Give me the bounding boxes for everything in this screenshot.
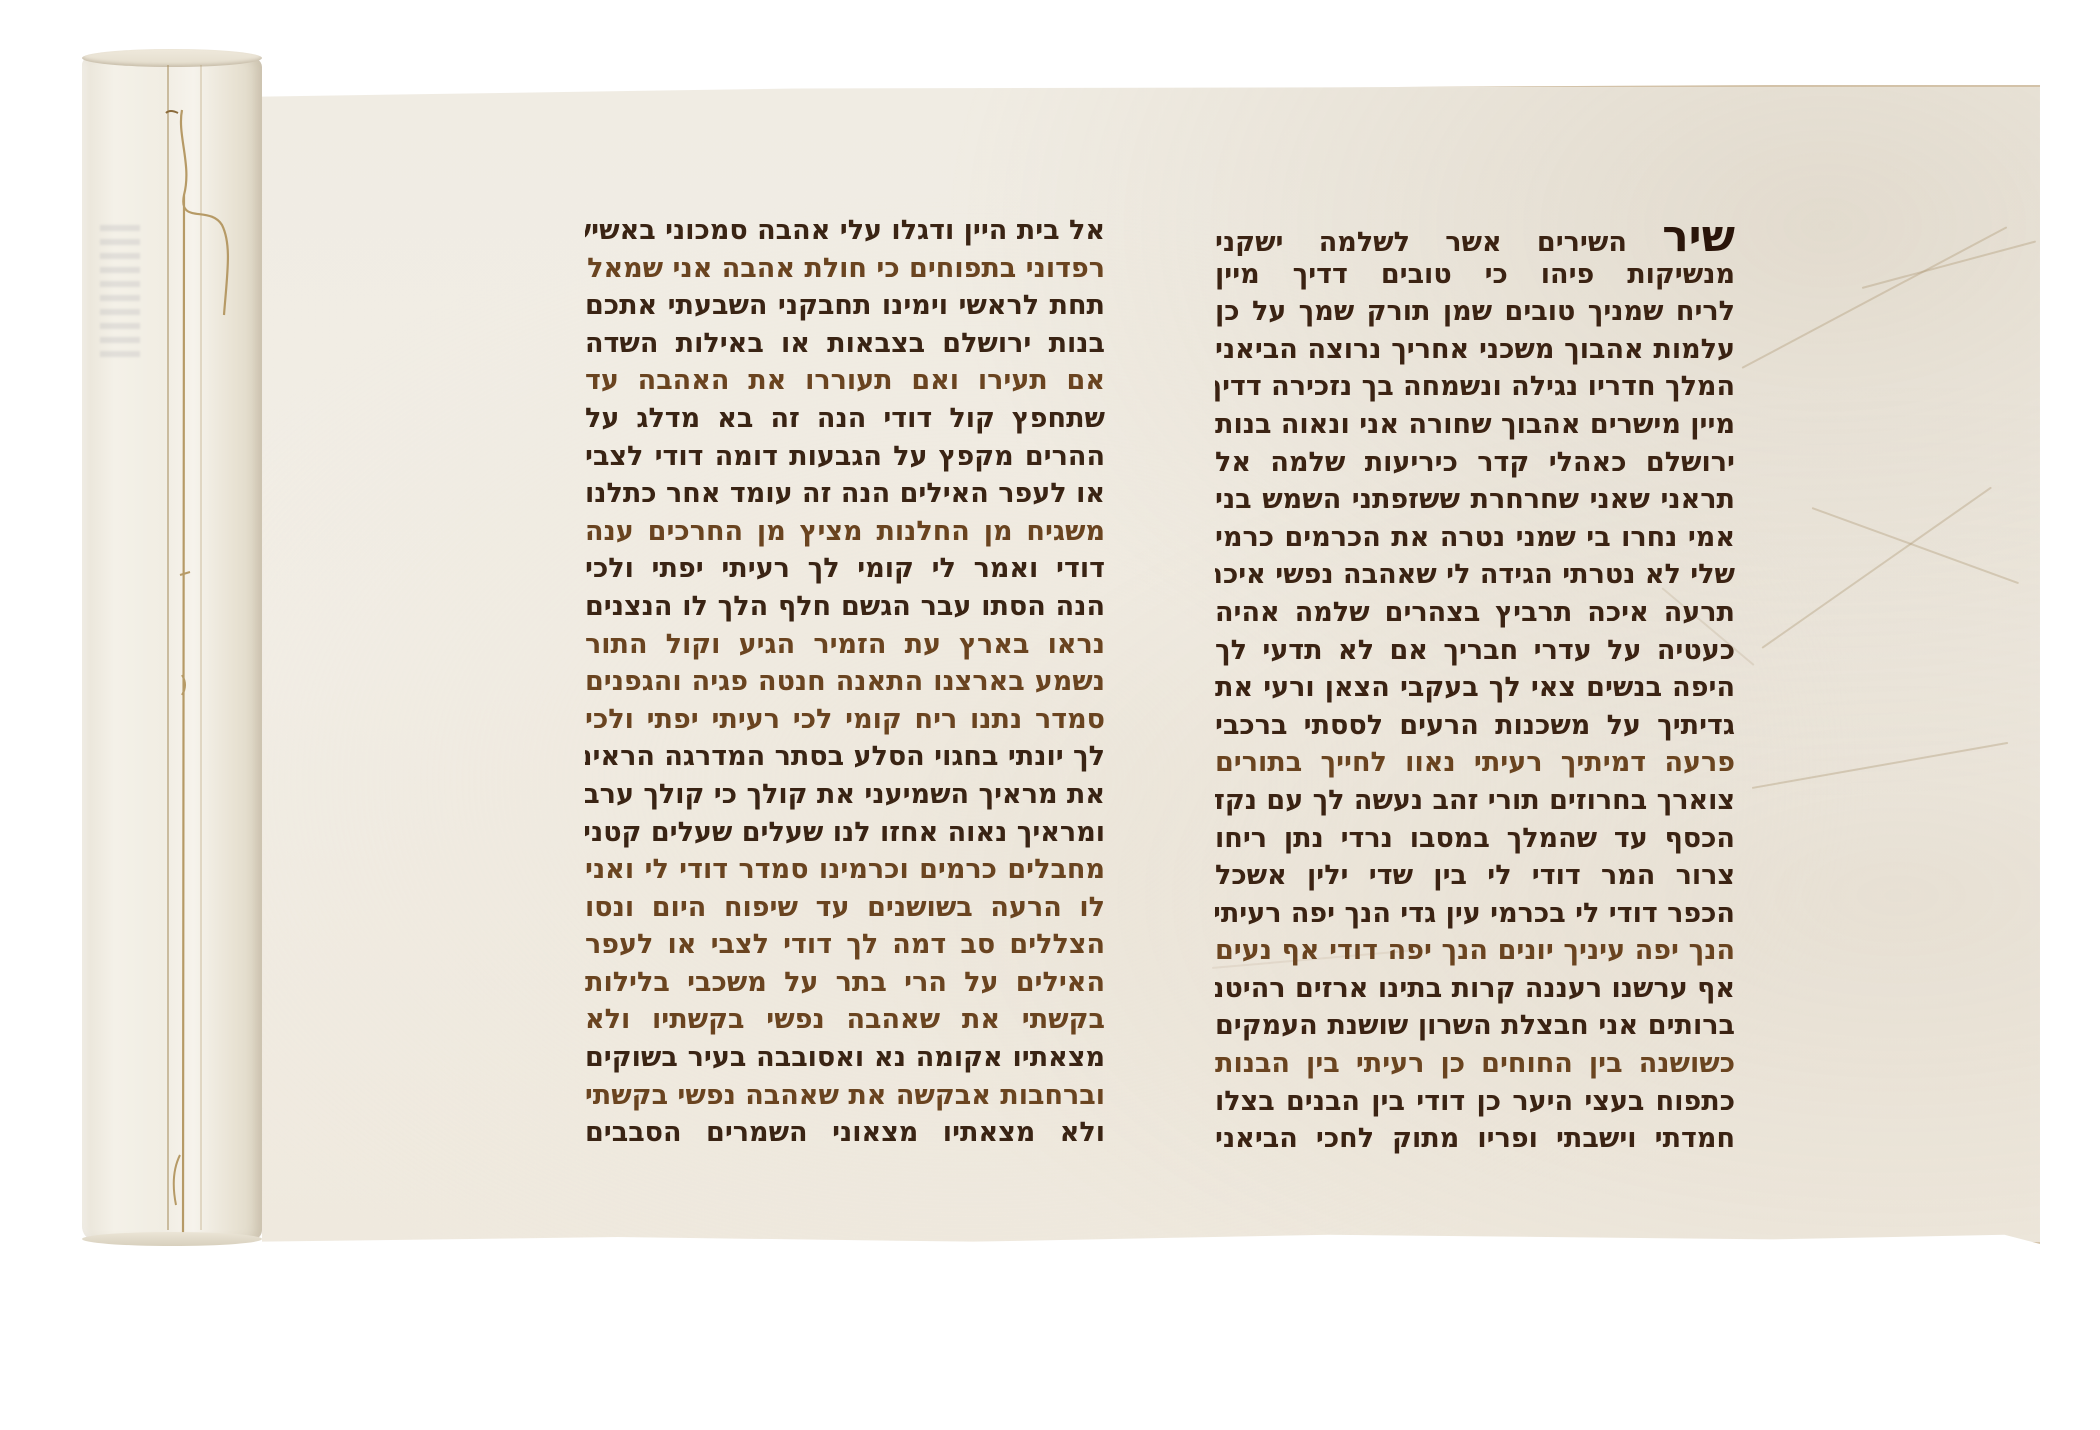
text-line: הכסף עד שהמלך במסבו נרדי נתן ריחו	[1215, 820, 1735, 858]
text-line: נראו בארץ עת הזמיר הגיע וקול התור	[585, 626, 1105, 664]
text-line: אמי נחרו בי שמני נטרה את הכרמים כרמי	[1215, 519, 1735, 557]
text-line: תראני שאני שחרחרת ששזפתני השמש בני	[1215, 481, 1735, 519]
text-line: פרעה דמיתיך רעיתי נאוו לחייך בתורים	[1215, 744, 1735, 782]
text-line: כשושנה בין החוחים כן רעיתי בין הבנות	[1215, 1045, 1735, 1083]
text-line: צרור המר דודי לי בין שדי ילין אשכל	[1215, 857, 1735, 895]
text-line: בקשתי את שאהבה נפשי בקשתיו ולא	[585, 1001, 1105, 1039]
text-line: תחת לראשי וימינו תחבקני השבעתי אתכם	[585, 287, 1105, 325]
text-line: את מראיך השמיעני את קולך כי קולך ערב	[585, 776, 1105, 814]
text-line: מחבלים כרמים וכרמינו סמדר דודי לי ואני	[585, 851, 1105, 889]
text-line: וברחבות אבקשה את שאהבה נפשי בקשתיו	[585, 1077, 1105, 1115]
text-line: צוארך בחרוזים תורי זהב נעשה לך עם נקדות	[1215, 782, 1735, 820]
text-line: הכפר דודי לי בכרמי עין גדי הנך יפה רעיתי	[1215, 895, 1735, 933]
text-line: תרעה איכה תרביץ בצהרים שלמה אהיה	[1215, 594, 1735, 632]
text-line: נשמע בארצנו התאנה חנטה פגיה והגפנים	[585, 663, 1105, 701]
text-line: הנך יפה עיניך יונים הנך יפה דודי אף נעים	[1215, 932, 1735, 970]
text-column-middle: אל בית היין ודגלו עלי אהבה סמכוני באשישו…	[585, 212, 1105, 1152]
text-line: היפה בנשים צאי לך בעקבי הצאן ורעי את	[1215, 669, 1735, 707]
text-line: גדיתיך על משכנות הרעים לססתי ברכבי	[1215, 707, 1735, 745]
text-line: אם תעירו ואם תעוררו את האהבה עד	[585, 362, 1105, 400]
scroll-photo: שיר השירים אשר לשלמה ישקני מנשיקות פיהו …	[0, 0, 2100, 1430]
text-line: ברותים אני חבצלת השרון שושנת העמקים	[1215, 1007, 1735, 1045]
parchment-sheet	[262, 85, 2040, 1244]
text-line: סמדר נתנו ריח קומי לכי רעיתי יפתי ולכי	[585, 701, 1105, 739]
text-line: הנה הסתו עבר הגשם חלף הלך לו הנצנים	[585, 588, 1105, 626]
text-line: רפדוני בתפוחים כי חולת אהבה אני שמאלו	[585, 250, 1105, 288]
text-line: עלמות אהבוך משכני אחריך נרוצה הביאני	[1215, 331, 1735, 369]
roller-bottom-edge	[82, 1232, 262, 1246]
text-line: אף ערשנו רעננה קרות בתינו ארזים רהיטנו	[1215, 970, 1735, 1008]
text-column-right: שיר השירים אשר לשלמה ישקני מנשיקות פיהו …	[1215, 218, 1735, 1158]
crease	[1752, 742, 2008, 789]
text-line: מיין מישרים אהבוך שחורה אני ונאוה בנות	[1215, 406, 1735, 444]
text-line: חמדתי וישבתי ופריו מתוק לחכי הביאני	[1215, 1120, 1735, 1158]
text-line: בנות ירושלם בצבאות או באילות השדה	[585, 325, 1105, 363]
text-line: ההרים מקפץ על הגבעות דומה דודי לצבי	[585, 438, 1105, 476]
text-line: כעטיה על עדרי חבריך אם לא תדעי לך	[1215, 632, 1735, 670]
text-line: שיר השירים אשר לשלמה ישקני	[1215, 218, 1735, 256]
text-line: ומראיך נאוה אחזו לנו שעלים שעלים קטנים	[585, 814, 1105, 852]
text-line: משגיח מן החלנות מציץ מן החרכים ענה	[585, 513, 1105, 551]
crease	[1761, 487, 1992, 649]
text-line: הצללים סב דמה לך דודי לצבי או לעפר	[585, 926, 1105, 964]
crease	[1742, 226, 2008, 369]
text-line: דודי ואמר לי קומי לך רעיתי יפתי ולכי	[585, 550, 1105, 588]
text-line: ירושלם כאהלי קדר כיריעות שלמה אל	[1215, 444, 1735, 482]
text-line: לריח שמניך טובים שמן תורק שמך על כן	[1215, 293, 1735, 331]
opening-word: שיר	[1662, 218, 1735, 256]
crease	[1812, 507, 2019, 584]
text-line: מצאתיו אקומה נא ואסובבה בעיר בשוקים	[585, 1039, 1105, 1077]
crease	[1862, 240, 2036, 289]
text-line: מנשיקות פיהו כי טובים דדיך מיין	[1215, 256, 1735, 294]
text-line: לו הרעה בשושנים עד שיפוח היום ונסו	[585, 889, 1105, 927]
text-line: ולא מצאתיו מצאוני השמרים הסבבים	[585, 1114, 1105, 1152]
text-line: אל בית היין ודגלו עלי אהבה סמכוני באשישו…	[585, 212, 1105, 250]
text-line: המלך חדריו נגילה ונשמחה בך נזכירה דדיך	[1215, 368, 1735, 406]
text-line: לך יונתי בחגוי הסלע בסתר המדרגה הראיני	[585, 738, 1105, 776]
text-column-left-partial: בעיר את שאהבה מהם עד שמצאתי ולא ארפנו עד…	[262, 214, 462, 1154]
sewing-thread-icon	[82, 55, 262, 1240]
text-line: שתחפץ קול דודי הנה זה בא מדלג על	[585, 400, 1105, 438]
text-line: או לעפר האילים הנה זה עומד אחר כתלנו	[585, 475, 1105, 513]
scroll-roller	[82, 55, 262, 1240]
text-line: האילים על הרי בתר על משכבי בלילות	[585, 964, 1105, 1002]
text-line: שלי לא נטרתי הגידה לי שאהבה נפשי איכה	[1215, 556, 1735, 594]
text-line: כתפוח בעצי היער כן דודי בין הבנים בצלו	[1215, 1083, 1735, 1121]
